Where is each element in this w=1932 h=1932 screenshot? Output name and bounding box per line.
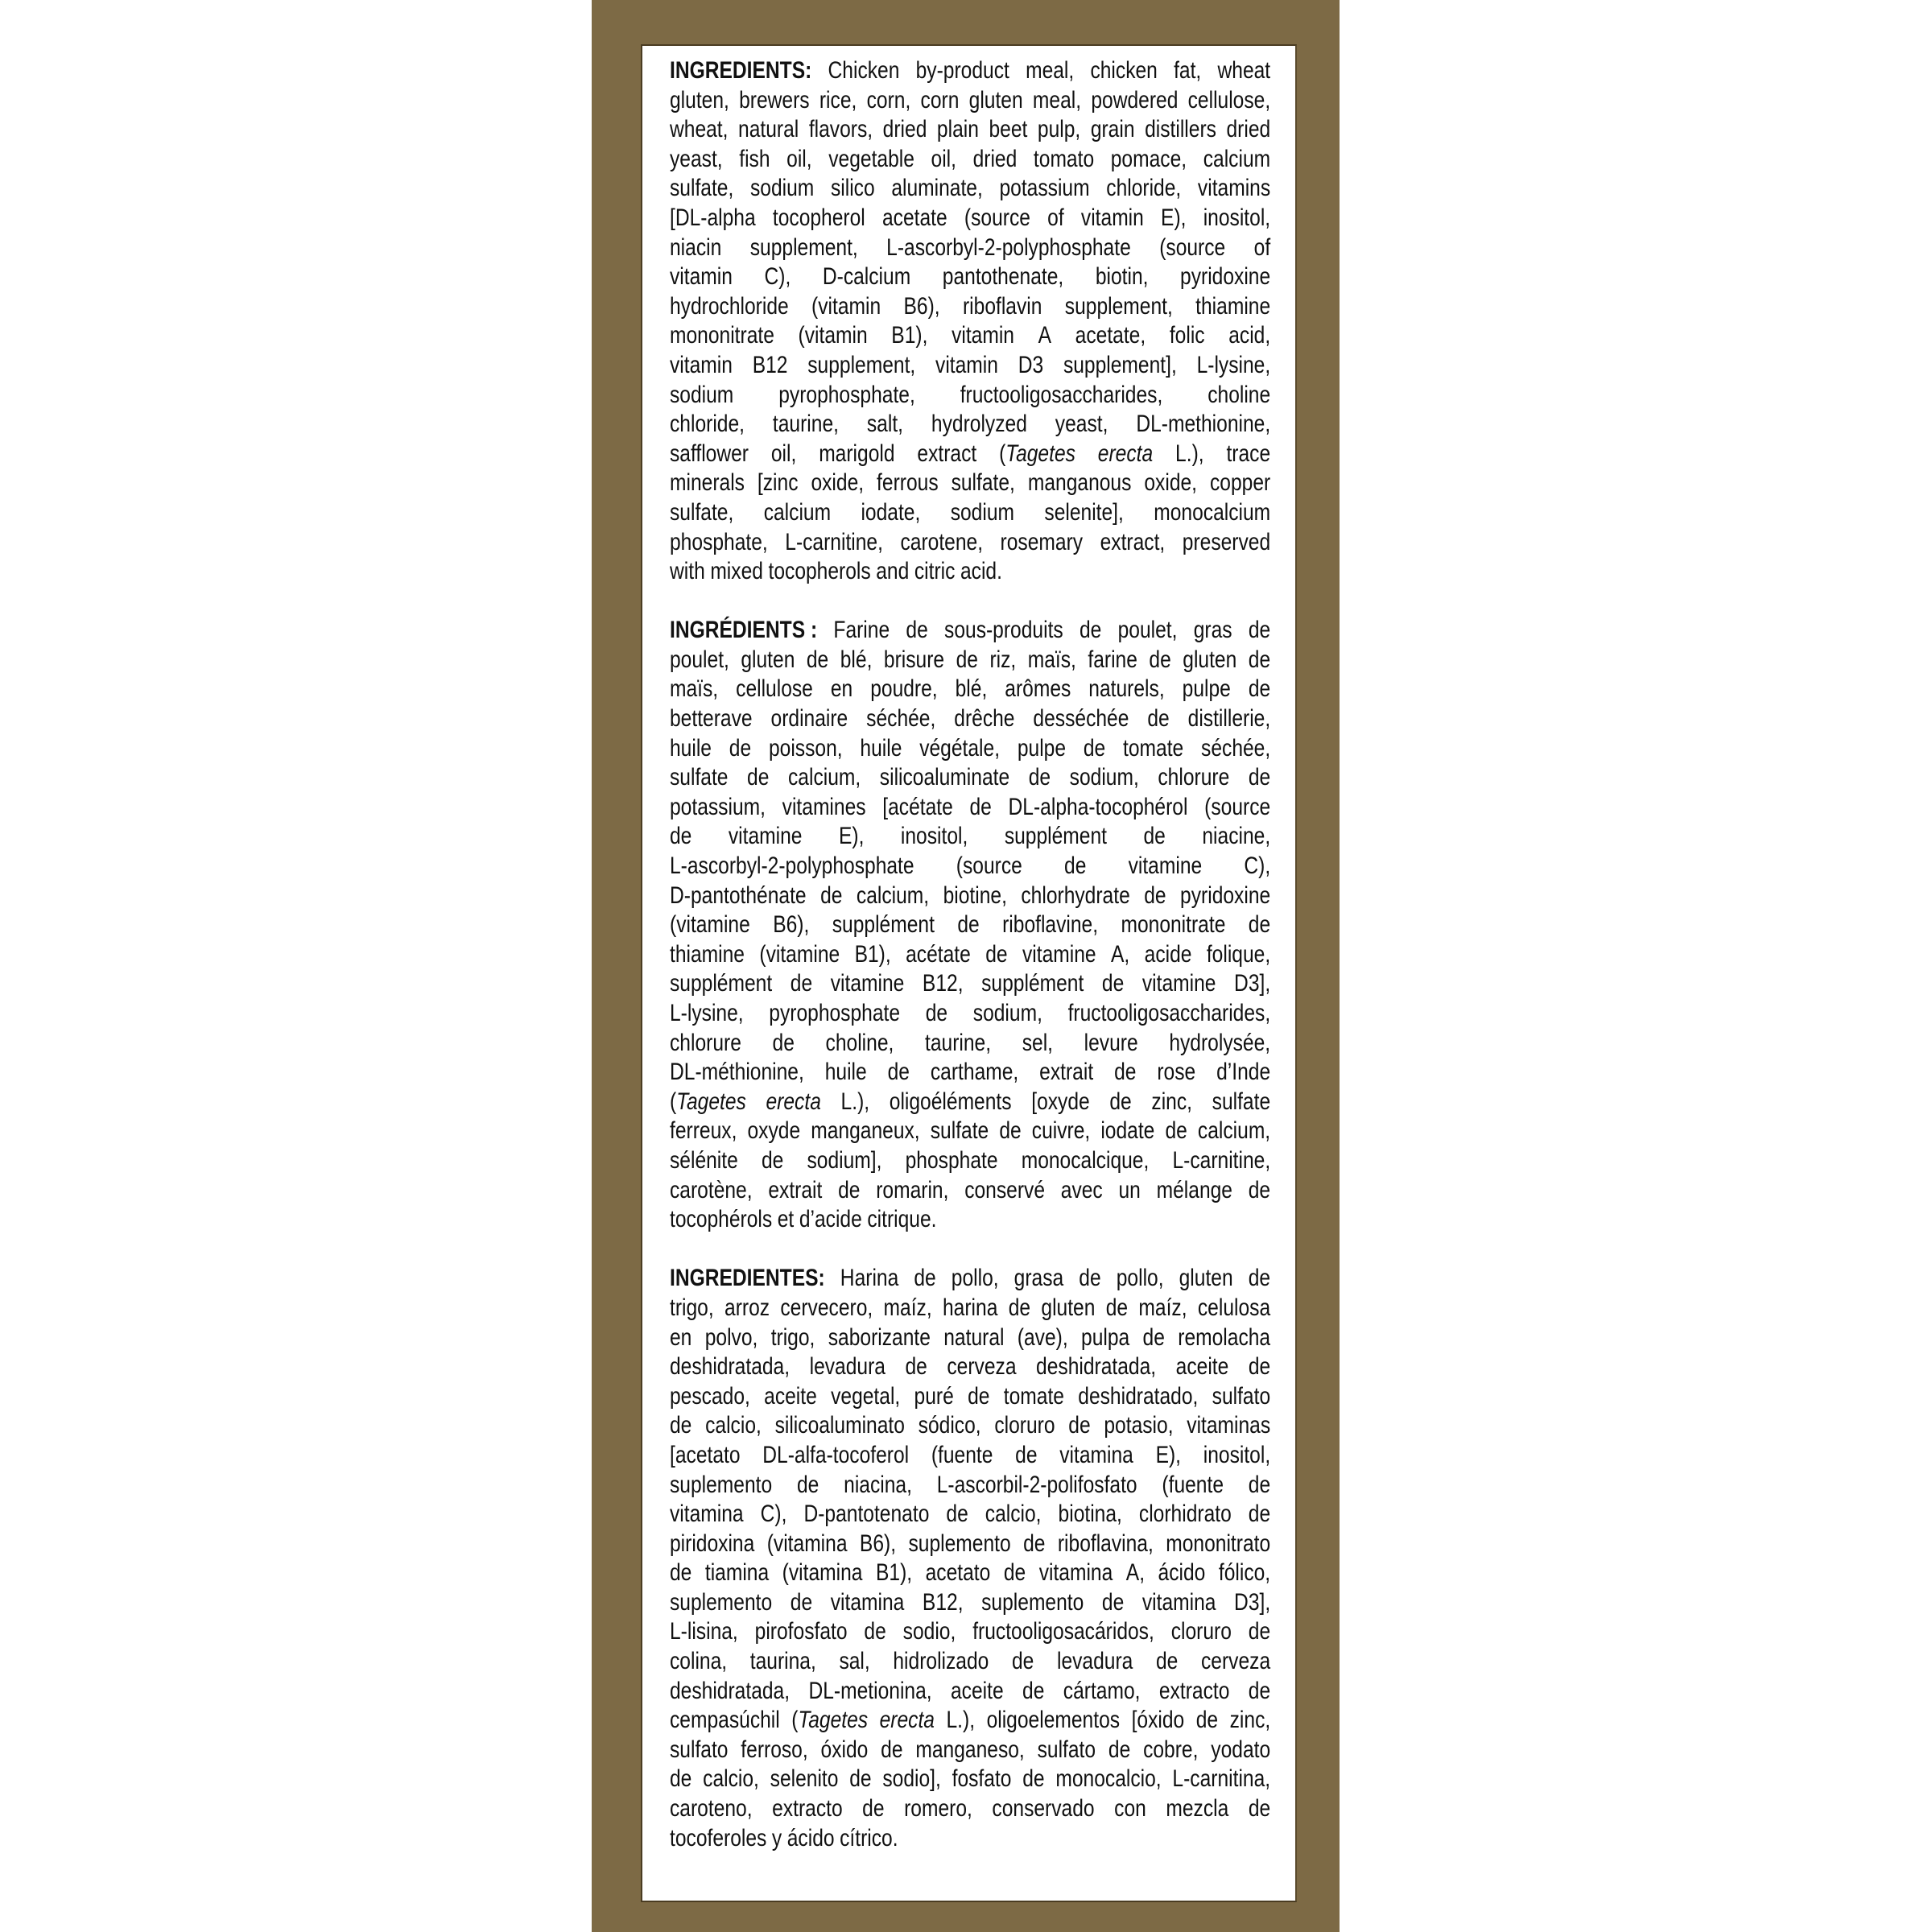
text-line-content: deshidratada,levaduradecervezadeshidrata… bbox=[670, 1352, 1270, 1382]
word: de bbox=[670, 1558, 691, 1588]
word: marigold bbox=[819, 440, 894, 469]
word: végétale, bbox=[919, 734, 1000, 764]
word: cempasúchil bbox=[670, 1706, 780, 1736]
text-line-content: decalcio,silicoaluminatosódico,clorurode… bbox=[670, 1411, 1270, 1441]
text-line: sélénitedesodium],phosphatemonocalcique,… bbox=[670, 1146, 1270, 1176]
word: de bbox=[1149, 646, 1170, 675]
text-line-content: thiamine(vitamineB1),acétatedevitamineA,… bbox=[670, 940, 1270, 970]
text-line: detiamina(vitaminaB1),acetatodevitaminaA… bbox=[670, 1558, 1270, 1588]
word: vitamins bbox=[1198, 174, 1270, 204]
word: acetate bbox=[882, 204, 947, 233]
word: aceite bbox=[1176, 1352, 1229, 1382]
text-line: suplementodeniacina,L-ascorbil-2-polifos… bbox=[670, 1471, 1270, 1501]
text-line-content: niacinsupplement,L-ascorbyl-2-polyphosph… bbox=[670, 233, 1270, 263]
word: tocoferoles bbox=[670, 1824, 766, 1854]
word: chlorure bbox=[670, 1029, 741, 1059]
word: pulpa bbox=[1081, 1323, 1129, 1353]
word: tocopherol bbox=[773, 204, 865, 233]
word: tomate bbox=[1123, 734, 1183, 764]
word: de bbox=[969, 793, 991, 823]
word: drêche bbox=[954, 704, 1014, 734]
word: Tagetes bbox=[798, 1707, 868, 1733]
word: manganeso, bbox=[915, 1736, 1024, 1765]
word: inositol, bbox=[1203, 1441, 1270, 1471]
text-line-content: (TageteserectaL.),oligoéléments[oxydedez… bbox=[670, 1088, 1270, 1117]
word: piridoxina bbox=[670, 1529, 754, 1559]
section-heading: INGREDIENTES: bbox=[670, 1264, 825, 1294]
word: séchée, bbox=[866, 704, 935, 734]
word: de bbox=[1015, 1441, 1037, 1471]
word: monocalcio, bbox=[1055, 1765, 1161, 1794]
word: safflower bbox=[670, 440, 749, 469]
word: erecta bbox=[766, 1088, 821, 1117]
word: (source bbox=[1159, 233, 1225, 263]
word: de bbox=[888, 1058, 910, 1088]
word: B12, bbox=[923, 1588, 964, 1618]
text-line: tocoferolesyácidocítrico. bbox=[670, 1824, 1270, 1854]
word: taurina, bbox=[750, 1647, 816, 1677]
word: mononitrate bbox=[670, 321, 774, 351]
word: Harina bbox=[840, 1264, 898, 1294]
text-line-content: poulet,glutendeblé,brisurederiz,maïs,far… bbox=[670, 646, 1270, 675]
word: cervecero, bbox=[780, 1294, 873, 1323]
word: de bbox=[956, 646, 978, 675]
text-line: INGRÉDIENTS :Farinedesous-produitsdepoul… bbox=[670, 616, 1270, 646]
text-line: piridoxina(vitaminaB6),suplementoderibof… bbox=[670, 1529, 1270, 1559]
word: polvo, bbox=[705, 1323, 758, 1353]
word: L-carnitine, bbox=[785, 528, 883, 558]
word: dried bbox=[973, 145, 1018, 175]
word: vitamin bbox=[670, 351, 733, 381]
word: [oxyde bbox=[1031, 1088, 1089, 1117]
word: de bbox=[838, 1176, 860, 1206]
word: B1), bbox=[876, 1558, 912, 1588]
text-line: INGREDIENTES:Harinadepollo,grasadepollo,… bbox=[670, 1264, 1270, 1294]
word: cítrico. bbox=[840, 1824, 898, 1854]
text-line: L-ascorbyl-2-polyphosphate(sourcedevitam… bbox=[670, 852, 1270, 881]
word: conservé bbox=[964, 1176, 1045, 1206]
word: sodium bbox=[951, 498, 1014, 528]
word: de bbox=[1068, 1411, 1090, 1441]
word: acide bbox=[1145, 940, 1192, 970]
word: E), bbox=[1161, 204, 1186, 233]
word: wheat bbox=[1217, 56, 1270, 86]
word: saborizante bbox=[828, 1323, 931, 1353]
word: desséchée bbox=[1033, 704, 1129, 734]
word: de bbox=[905, 1352, 927, 1382]
text-line-content: tocoferolesyácidocítrico. bbox=[670, 1824, 1270, 1854]
word: chlorhydrate bbox=[1021, 881, 1129, 911]
word: (source bbox=[964, 204, 1030, 233]
word: oil, bbox=[931, 145, 956, 175]
word: de bbox=[729, 734, 751, 764]
word: vitaminas bbox=[1187, 1411, 1270, 1441]
word: citric bbox=[914, 557, 956, 587]
text-line: (TageteserectaL.),oligoéléments[oxydedez… bbox=[670, 1088, 1270, 1117]
word: maíz, bbox=[884, 1294, 932, 1323]
word: (vitamina bbox=[767, 1529, 848, 1559]
word: brewers bbox=[739, 86, 809, 116]
word: de bbox=[968, 1382, 989, 1412]
word: taurine, bbox=[925, 1029, 991, 1059]
word: B12, bbox=[923, 969, 964, 999]
word: extracto bbox=[772, 1794, 843, 1824]
word: extracto bbox=[1159, 1677, 1230, 1707]
word: L-ascorbyl-2-polyphosphate bbox=[886, 233, 1131, 263]
word: farine bbox=[1088, 646, 1137, 675]
word: mixed bbox=[710, 557, 763, 587]
text-line: gluten,brewersrice,corn,cornglutenmeal,p… bbox=[670, 86, 1270, 116]
word: sulfate bbox=[931, 1117, 989, 1146]
word: acétate bbox=[906, 940, 971, 970]
word: E), bbox=[1156, 1441, 1181, 1471]
word: calcium bbox=[764, 498, 831, 528]
word: de bbox=[1012, 1647, 1034, 1677]
word: potassium, bbox=[670, 793, 766, 823]
word: de bbox=[999, 1117, 1021, 1146]
word: un bbox=[1118, 1176, 1140, 1206]
word: B12 bbox=[753, 351, 788, 381]
word: beet bbox=[989, 115, 1027, 145]
word: sodio], bbox=[882, 1765, 940, 1794]
word: de bbox=[1147, 704, 1169, 734]
text-line: decalcio,selenitodesodio],fosfatodemonoc… bbox=[670, 1765, 1270, 1794]
word: calcium, bbox=[1198, 1117, 1270, 1146]
word: romero, bbox=[904, 1794, 972, 1824]
word: hydrolysée, bbox=[1169, 1029, 1270, 1059]
word: potasio, bbox=[1104, 1411, 1173, 1441]
word: cloruro bbox=[1171, 1617, 1232, 1647]
word: de bbox=[1029, 763, 1051, 793]
word: yeast, bbox=[670, 145, 723, 175]
word: de bbox=[1144, 822, 1166, 852]
text-line-content: detiamina(vitaminaB1),acetatodevitaminaA… bbox=[670, 1558, 1270, 1588]
word: calcio, bbox=[705, 1411, 762, 1441]
word: natural bbox=[943, 1323, 1004, 1353]
word: pulpe bbox=[1018, 734, 1066, 764]
word: clorhidrato bbox=[1139, 1500, 1232, 1529]
word: cuivre, bbox=[1032, 1117, 1090, 1146]
word: carotène, bbox=[670, 1176, 753, 1206]
word: monocalcium bbox=[1154, 498, 1270, 528]
text-line: hydrochloride(vitaminB6),riboflavinsuppl… bbox=[670, 292, 1270, 322]
word: D3 bbox=[1018, 351, 1043, 381]
word: de bbox=[1022, 1765, 1044, 1794]
word: potassium bbox=[999, 174, 1089, 204]
word: arroz bbox=[724, 1294, 770, 1323]
word: niacina, bbox=[844, 1471, 912, 1501]
word: [acetato bbox=[670, 1441, 741, 1471]
text-line-content: hydrochloride(vitaminB6),riboflavinsuppl… bbox=[670, 292, 1270, 322]
word: supplément bbox=[1005, 822, 1107, 852]
word: de bbox=[1249, 1794, 1270, 1824]
word: meal, bbox=[1026, 56, 1074, 86]
word: Tagetes bbox=[1005, 440, 1075, 467]
word: vitamin bbox=[1081, 204, 1144, 233]
word: B1), bbox=[891, 321, 927, 351]
word: gluten bbox=[1179, 1264, 1233, 1294]
word: colina, bbox=[670, 1647, 727, 1677]
word: de bbox=[926, 999, 947, 1029]
word: riboflavine, bbox=[1002, 910, 1098, 940]
word: de bbox=[747, 763, 769, 793]
word: pantothenate, bbox=[943, 262, 1063, 292]
word: huile bbox=[825, 1058, 867, 1088]
word: C), bbox=[1244, 852, 1270, 881]
word: suplemento bbox=[670, 1588, 772, 1618]
text-line-content: [acetatoDL-alfa-tocoferol(fuentedevitami… bbox=[670, 1441, 1270, 1471]
text-line-content: D-pantothénatedecalcium,biotine,chlorhyd… bbox=[670, 881, 1270, 911]
word: corn bbox=[921, 86, 960, 116]
text-line-content: sélénitedesodium],phosphatemonocalcique,… bbox=[670, 1146, 1270, 1176]
word: deshidratada, bbox=[670, 1352, 790, 1382]
text-line-content: mononitrate(vitaminB1),vitaminAacetate,f… bbox=[670, 321, 1270, 351]
text-line: pescado,aceitevegetal,purédetomatedeshid… bbox=[670, 1382, 1270, 1412]
text-line-content: cempasúchil(TageteserectaL.),oligoelemen… bbox=[670, 1706, 1270, 1736]
word: trace bbox=[1226, 440, 1270, 469]
text-line: sodiumpyrophosphate,fructooligosaccharid… bbox=[670, 381, 1270, 411]
word: de bbox=[1249, 910, 1270, 940]
word: with bbox=[670, 557, 705, 587]
text-line: INGREDIENTS:Chickenby-productmeal,chicke… bbox=[670, 56, 1270, 86]
word: de bbox=[1080, 616, 1101, 646]
text-line-content: ferreux,oxydemanganeux,sulfatedecuivre,i… bbox=[670, 1117, 1270, 1146]
word: vitamin bbox=[952, 321, 1014, 351]
word: de bbox=[1249, 646, 1270, 675]
word: celulosa bbox=[1198, 1294, 1270, 1323]
word: poulet, bbox=[1118, 616, 1178, 646]
text-line-content: saffloweroil,marigoldextract(Tageteserec… bbox=[670, 440, 1270, 469]
word: oxyde bbox=[748, 1117, 801, 1146]
word: thiamine bbox=[670, 940, 745, 970]
word: erecta bbox=[880, 1706, 935, 1736]
word: supplément bbox=[670, 969, 772, 999]
word: de bbox=[807, 646, 828, 675]
word: sulfato bbox=[1038, 1736, 1096, 1765]
word: monocalcique, bbox=[1022, 1146, 1150, 1176]
text-line: betteraveordinaireséchée,drêchedesséchée… bbox=[670, 704, 1270, 734]
word: taurine, bbox=[773, 410, 839, 440]
word: de bbox=[946, 1500, 968, 1529]
word: de bbox=[791, 1588, 812, 1618]
word: de bbox=[791, 969, 812, 999]
word: vitamina bbox=[1142, 1588, 1216, 1618]
word: ( bbox=[670, 1088, 676, 1115]
word: niacine, bbox=[1202, 822, 1270, 852]
text-line-content: potassium,vitamines[acétatedeDL-alpha-to… bbox=[670, 793, 1270, 823]
word: extrait bbox=[1039, 1058, 1093, 1088]
word: de bbox=[862, 1794, 884, 1824]
word: blé, bbox=[840, 646, 873, 675]
word: Tagetes bbox=[676, 1088, 746, 1115]
word: powdered bbox=[1091, 86, 1178, 116]
word: C), bbox=[761, 1500, 787, 1529]
word: de bbox=[1102, 1588, 1124, 1618]
text-line: phosphate,L-carnitine,carotene,rosemarye… bbox=[670, 528, 1270, 558]
text-line: devitamineE),inositol,supplémentdeniacin… bbox=[670, 822, 1270, 852]
word: L-carnitine, bbox=[1172, 1146, 1270, 1176]
word: aceite bbox=[951, 1677, 1004, 1707]
text-line: sulfatedecalcium,silicoaluminatedesodium… bbox=[670, 763, 1270, 793]
word: oxide, bbox=[1144, 469, 1197, 498]
word: supplement, bbox=[1065, 292, 1173, 322]
word: chlorure bbox=[1158, 763, 1229, 793]
word: supplement], bbox=[1063, 351, 1177, 381]
text-line-content: phosphate,L-carnitine,carotene,rosemarye… bbox=[670, 528, 1270, 558]
text-line: mononitrate(vitaminB1),vitaminAacetate,f… bbox=[670, 321, 1270, 351]
text-line-content: sulfate,calciumiodate,sodiumselenite],mo… bbox=[670, 498, 1270, 528]
word: aceite bbox=[764, 1382, 817, 1412]
word: oil, bbox=[771, 440, 796, 469]
word: phosphate, bbox=[670, 528, 768, 558]
word: suplemento bbox=[670, 1471, 772, 1501]
text-line-content: L-ascorbyl-2-polyphosphate(sourcedevitam… bbox=[670, 852, 1270, 881]
text-line: L-lisina,pirofosfatodesodio,fructooligos… bbox=[670, 1617, 1270, 1647]
text-line: wheat,naturalflavors,driedplainbeetpulp,… bbox=[670, 115, 1270, 145]
word: suplemento bbox=[981, 1588, 1084, 1618]
word: selenite], bbox=[1044, 498, 1123, 528]
word: DL-alpha-tocophérol bbox=[1009, 793, 1188, 823]
text-line-content: pescado,aceitevegetal,purédetomatedeshid… bbox=[670, 1382, 1270, 1412]
word: distillers bbox=[1145, 115, 1216, 145]
text-line: D-pantothénatedecalcium,biotine,chlorhyd… bbox=[670, 881, 1270, 911]
word: ordinaire bbox=[771, 704, 848, 734]
text-line: [acetatoDL-alfa-tocoferol(fuentedevitami… bbox=[670, 1441, 1270, 1471]
word: silico bbox=[831, 174, 875, 204]
word: (source bbox=[1204, 793, 1270, 823]
word: fish bbox=[739, 145, 770, 175]
word: A, bbox=[1126, 1558, 1145, 1588]
word: pulpe bbox=[1183, 675, 1231, 704]
word: tocopherols bbox=[769, 557, 871, 587]
word: riz, bbox=[989, 646, 1016, 675]
text-line: trigo,arrozcervecero,maíz,harinadegluten… bbox=[670, 1294, 1270, 1323]
word: extract, bbox=[1100, 528, 1166, 558]
word: levadura bbox=[1057, 1647, 1133, 1677]
word: (vitamin bbox=[799, 321, 868, 351]
word: B1), bbox=[855, 940, 891, 970]
text-line-content: vitaminC),D-calciumpantothenate,biotin,p… bbox=[670, 262, 1270, 292]
text-line-content: vitaminaC),D-pantotenatodecalcio,biotina… bbox=[670, 1500, 1270, 1529]
word: of bbox=[1047, 204, 1064, 233]
word: (vitamin bbox=[811, 292, 881, 322]
word: de bbox=[957, 910, 979, 940]
text-line: suplementodevitaminaB12,suplementodevita… bbox=[670, 1588, 1270, 1618]
word: folique, bbox=[1207, 940, 1270, 970]
text-line: DL-méthionine,huiledecarthame,extraitder… bbox=[670, 1058, 1270, 1088]
word: sulfato bbox=[670, 1736, 728, 1765]
text-line: ferreux,oxydemanganeux,sulfatedecuivre,i… bbox=[670, 1117, 1270, 1146]
word: acetate, bbox=[1075, 321, 1146, 351]
word: sodium bbox=[670, 381, 733, 411]
word: L-lysine, bbox=[670, 999, 744, 1029]
word: betterave bbox=[670, 704, 753, 734]
text-line: colina,taurina,sal,hidrolizadodelevadura… bbox=[670, 1647, 1270, 1677]
word: poudre, bbox=[870, 675, 937, 704]
word: pyrophosphate bbox=[769, 999, 900, 1029]
word: silicoaluminate bbox=[880, 763, 1009, 793]
word: gluten bbox=[1041, 1294, 1095, 1323]
word: zinc, bbox=[1151, 1088, 1192, 1117]
word: de bbox=[1064, 852, 1086, 881]
word: manganous bbox=[1028, 469, 1132, 498]
text-line-content: withmixedtocopherolsandcitricacid. bbox=[670, 557, 1270, 587]
text-line: chloride,taurine,salt,hydrolyzedyeast,DL… bbox=[670, 410, 1270, 440]
text-line: sulfatoferroso,óxidodemanganeso,sulfatod… bbox=[670, 1736, 1270, 1765]
word: meal, bbox=[1033, 86, 1081, 116]
word: copper bbox=[1210, 469, 1270, 498]
word: calcio, bbox=[703, 1765, 759, 1794]
word: pollo, bbox=[1117, 1264, 1164, 1294]
word: de bbox=[820, 881, 842, 911]
word: niacin bbox=[670, 233, 721, 263]
word: D-pantotenato bbox=[803, 1500, 929, 1529]
word: carotene, bbox=[900, 528, 983, 558]
word: de bbox=[1249, 1264, 1270, 1294]
word: deshidratada, bbox=[1036, 1352, 1156, 1382]
word: D-pantothénate bbox=[670, 881, 807, 911]
word: supplement, bbox=[750, 233, 858, 263]
word: de bbox=[906, 616, 927, 646]
word: pescado, bbox=[670, 1382, 750, 1412]
word: ( bbox=[999, 440, 1005, 467]
word: harina bbox=[943, 1294, 997, 1323]
word: gluten, bbox=[670, 86, 729, 116]
word: biotin, bbox=[1096, 262, 1149, 292]
text-line: maïs,celluloseenpoudre,blé,arômesnaturel… bbox=[670, 675, 1270, 704]
word: puré bbox=[914, 1382, 954, 1412]
word: fructooligosacáridos, bbox=[972, 1617, 1154, 1647]
text-line-content: betteraveordinaireséchée,drêchedesséchée… bbox=[670, 704, 1270, 734]
word: grasa bbox=[1014, 1264, 1064, 1294]
word: pyridoxine bbox=[1180, 262, 1270, 292]
word: [DL-alpha bbox=[670, 204, 756, 233]
text-line-content: sulfate,sodiumsilicoaluminate,potassiumc… bbox=[670, 174, 1270, 204]
ingredients-english: INGREDIENTS:Chickenby-productmeal,chicke… bbox=[670, 56, 1270, 587]
word: E), bbox=[839, 822, 864, 852]
word: sodium bbox=[750, 174, 814, 204]
word: L.), bbox=[1175, 440, 1204, 469]
text-line: withmixedtocopherolsandcitricacid. bbox=[670, 557, 1270, 587]
word: caroteno, bbox=[670, 1794, 753, 1824]
word: D-calcium bbox=[823, 262, 910, 292]
word: de bbox=[881, 1736, 902, 1765]
word: aluminate, bbox=[891, 174, 983, 204]
text-line-content: suplementodeniacina,L-ascorbil-2-polifos… bbox=[670, 1471, 1270, 1501]
word: sel, bbox=[1022, 1029, 1053, 1059]
word: gluten bbox=[969, 86, 1023, 116]
text-line-content: vitaminB12supplement,vitaminD3supplement… bbox=[670, 351, 1270, 381]
word: selenito bbox=[770, 1765, 839, 1794]
word: de bbox=[1114, 1058, 1136, 1088]
text-line-content: suplementodevitaminaB12,suplementodevita… bbox=[670, 1588, 1270, 1618]
word: riboflavina, bbox=[1058, 1529, 1154, 1559]
text-line: thiamine(vitamineB1),acétatedevitamineA,… bbox=[670, 940, 1270, 970]
text-line: vitaminB12supplement,vitaminD3supplement… bbox=[670, 351, 1270, 381]
text-line-content: sulfatedecalcium,silicoaluminatedesodium… bbox=[670, 763, 1270, 793]
word: fat, bbox=[1174, 56, 1201, 86]
word: and bbox=[876, 557, 909, 587]
word: distillerie, bbox=[1188, 704, 1271, 734]
word: de bbox=[1249, 1176, 1270, 1206]
word: de bbox=[1156, 1647, 1178, 1677]
word: cerveza bbox=[1201, 1647, 1270, 1677]
word: oligoelementos bbox=[987, 1706, 1120, 1736]
word: oil, bbox=[786, 145, 811, 175]
word: sélénite bbox=[670, 1146, 738, 1176]
text-line-content: DL-méthionine,huiledecarthame,extraitder… bbox=[670, 1058, 1270, 1088]
word: zinc, bbox=[1230, 1706, 1271, 1736]
